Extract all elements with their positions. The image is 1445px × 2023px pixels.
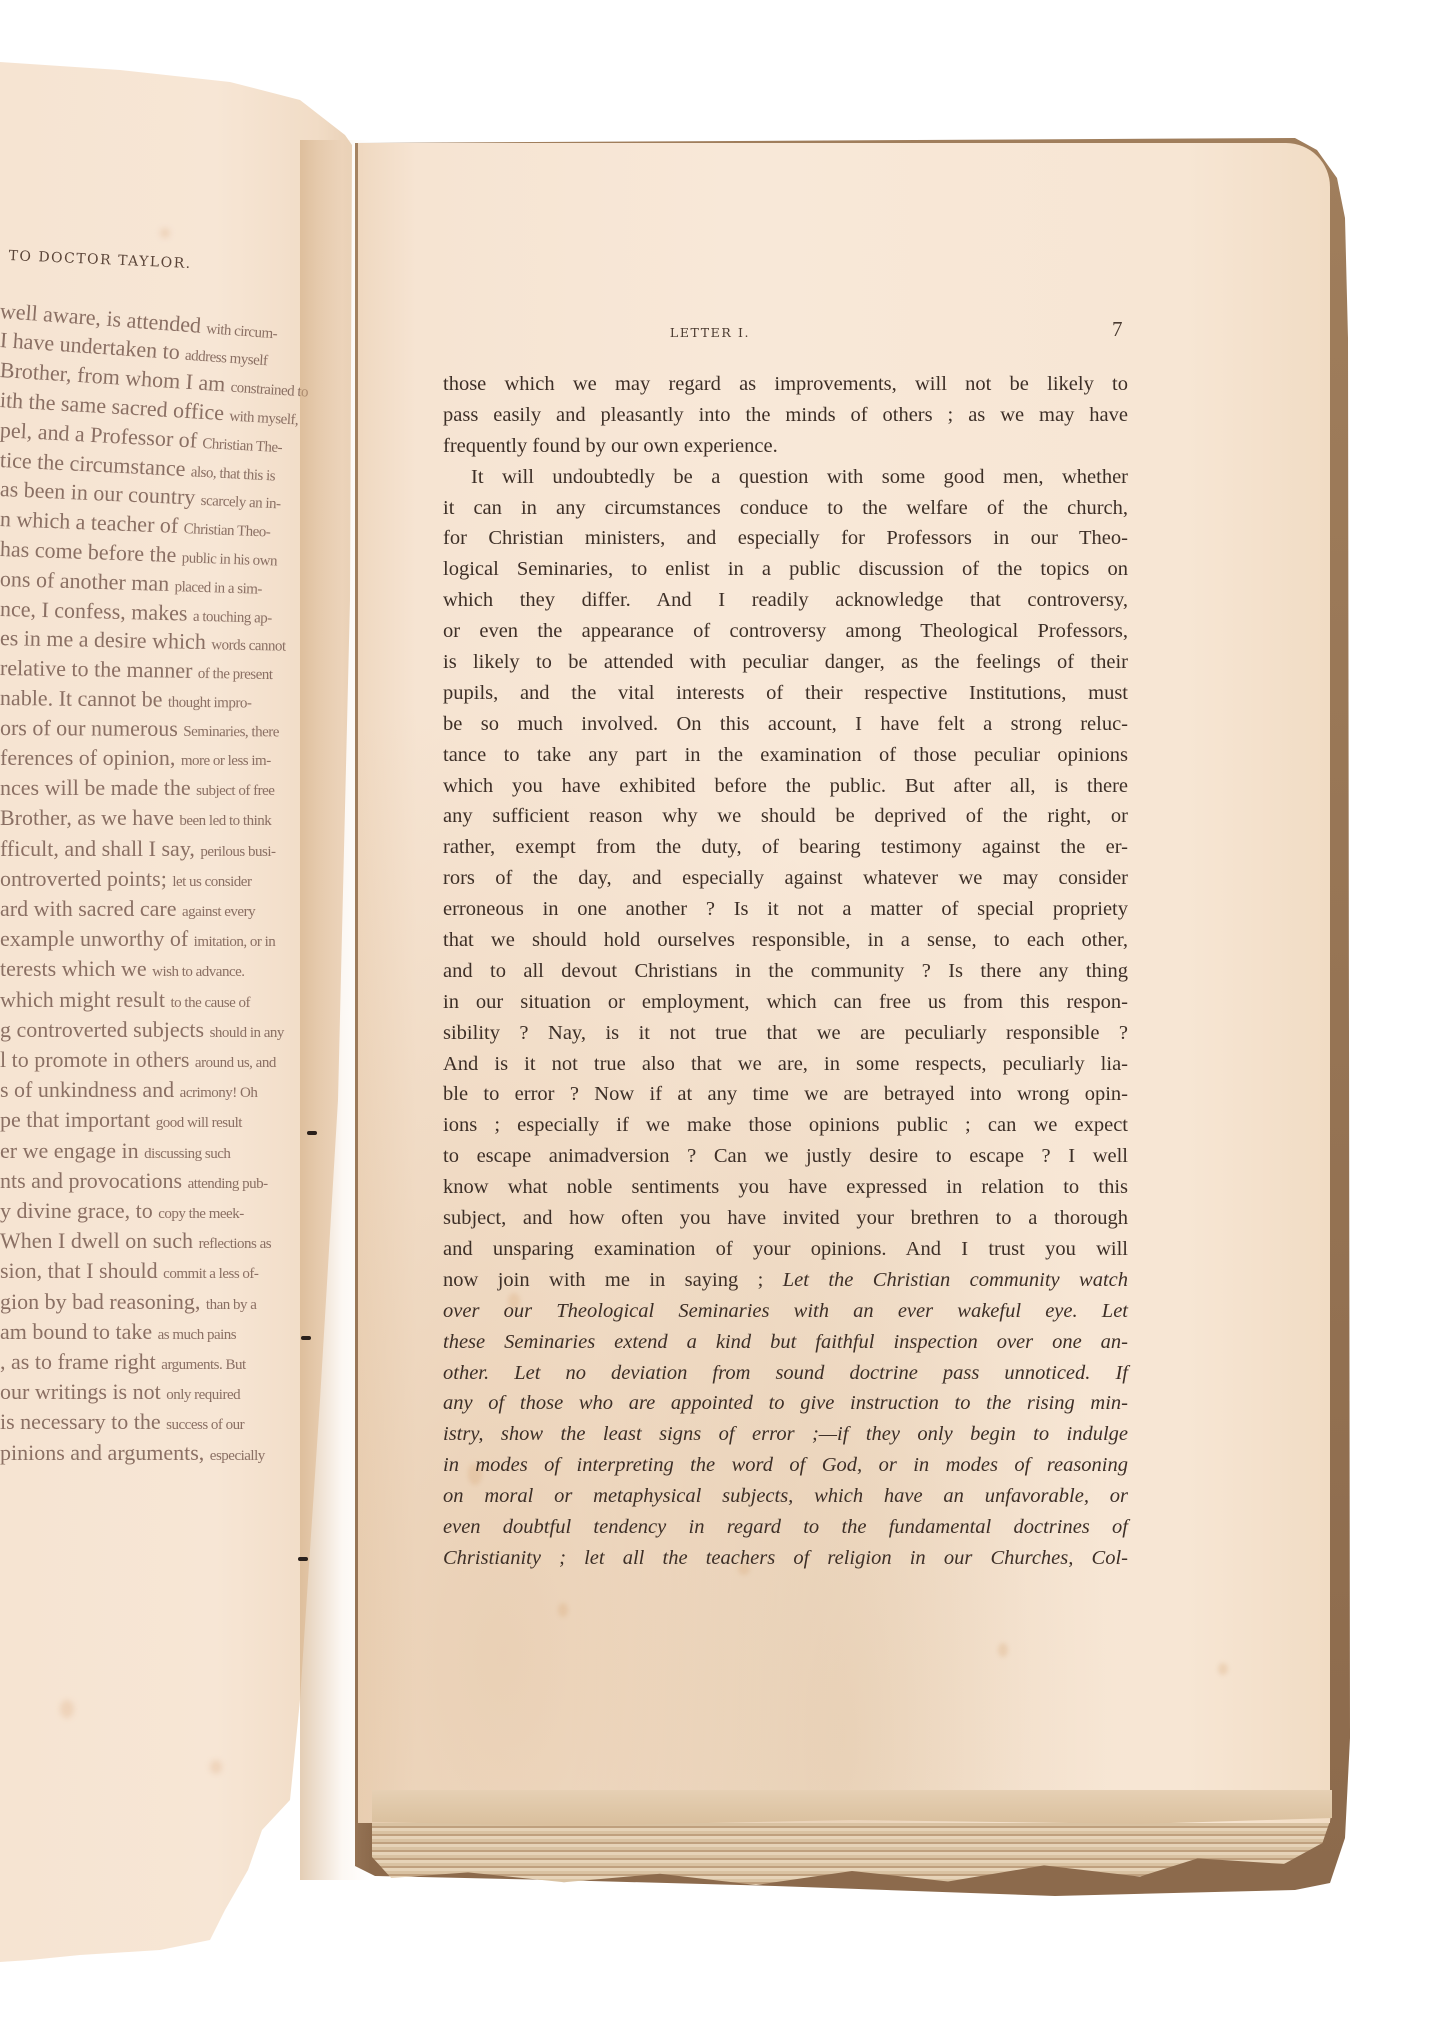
text-line: frequently found by our own experience. (443, 431, 1128, 462)
text-line: istry, show the least signs of error ;—i… (443, 1419, 1128, 1450)
body-text: those which we may regard as improvement… (443, 369, 1128, 1574)
stitch-hole (298, 1557, 308, 1561)
text-line: now join with me in saying ; Let the Chr… (443, 1265, 1128, 1296)
left-text-line: pe that important good will result (0, 1107, 317, 1133)
left-text-line: terests which we wish to advance. (0, 956, 337, 982)
stitch-hole (307, 1131, 317, 1135)
text-line: logical Seminaries, to enlist in a publi… (443, 554, 1128, 585)
text-line: rors of the day, and especially against … (443, 863, 1128, 894)
foxing-spot (160, 228, 170, 238)
text-line: ions ; especially if we make those opini… (443, 1110, 1128, 1141)
left-text-line: ferences of opinion, more or less im- (0, 745, 345, 771)
text-line: over our Theological Seminaries with an … (443, 1296, 1128, 1327)
text-line: erroneous in one another ? Is it not a m… (443, 894, 1128, 925)
text-line: ble to error ? Now if at any time we are… (443, 1079, 1128, 1110)
text-line: in modes of interpreting the word of God… (443, 1450, 1128, 1481)
text-line: any sufficient reason why we should be d… (443, 801, 1128, 832)
left-text-line: When I dwell on such reflections as (0, 1228, 301, 1254)
text-line: subject, and how often you have invited … (443, 1203, 1128, 1234)
foxing-spot (998, 1643, 1008, 1657)
text-line: that we should hold ourselves responsibl… (443, 925, 1128, 956)
text-line: it can in any circumstances conduce to t… (443, 493, 1128, 524)
left-running-head: TO DOCTOR TAYLOR. (8, 248, 192, 272)
text-line: on moral or metaphysical subjects, which… (443, 1481, 1128, 1512)
text-line: and to all devout Christians in the comm… (443, 956, 1128, 987)
open-book-photo: TO DOCTOR TAYLOR. well aware, is attende… (0, 0, 1445, 2023)
left-text-line: , as to frame right arguments. But (0, 1349, 285, 1375)
text-line: tance to take any part in the examinatio… (443, 740, 1128, 771)
text-line: in our situation or employment, which ca… (443, 987, 1128, 1018)
left-text-line: nable. It cannot be thought impro- (0, 685, 345, 714)
text-line: which they differ. And I readily acknowl… (443, 585, 1128, 616)
left-text-line: nce, I confess, makes a touching ap- (0, 596, 345, 630)
text-line: even doubtful tendency in regard to the … (443, 1512, 1128, 1543)
left-text-line: Brother, as we have been led to think (0, 805, 345, 831)
left-text-line: which might result to the cause of (0, 987, 333, 1013)
text-line: sibility ? Nay, is it not true that we a… (443, 1018, 1128, 1049)
left-text-line: ard with sacred care against every (0, 896, 345, 922)
left-page: TO DOCTOR TAYLOR. well aware, is attende… (0, 0, 360, 2023)
left-text-line: es in me a desire which words cannot (0, 625, 345, 658)
text-line: those which we may regard as improvement… (443, 369, 1128, 400)
left-text-line: sion, that I should commit a less of- (0, 1258, 297, 1284)
text-line: these Seminaries extend a kind but faith… (443, 1327, 1128, 1358)
foxing-spot (210, 1760, 222, 1774)
left-text-line: s of unkindness and acrimony! Oh (0, 1077, 321, 1103)
stitch-hole (301, 1336, 311, 1340)
text-line: Christianity ; let all the teachers of r… (443, 1543, 1128, 1574)
left-text-line: our writings is not only required (0, 1379, 281, 1405)
text-line: any of those who are appointed to give i… (443, 1388, 1128, 1419)
left-text-line: is necessary to the success of our (0, 1409, 277, 1435)
left-text-line: g controverted subjects should in any (0, 1017, 329, 1043)
foxing-spot (1218, 1663, 1228, 1675)
text-line: It will undoubtedly be a question with s… (443, 462, 1128, 493)
foxing-spot (558, 1603, 568, 1617)
left-text-line: y divine grace, to copy the meek- (0, 1198, 305, 1224)
left-text-line: nts and provocations attending pub- (0, 1168, 309, 1194)
text-line: rather, exempt from the duty, of bearing… (443, 832, 1128, 863)
text-line: pupils, and the vital interests of their… (443, 678, 1128, 709)
left-text-line: ontroverted points; let us consider (0, 866, 345, 892)
left-text-line: relative to the manner of the present (0, 655, 345, 686)
left-text-line: example unworthy of imitation, or in (0, 926, 341, 952)
text-line: and unsparing examination of your opinio… (443, 1234, 1128, 1265)
text-line: know what noble sentiments you have expr… (443, 1172, 1128, 1203)
left-text-line: gion by bad reasoning, than by a (0, 1289, 293, 1315)
left-text-line: pinions and arguments, especially (0, 1440, 273, 1466)
page-number: 7 (1112, 317, 1123, 342)
text-line: be so much involved. On this account, I … (443, 709, 1128, 740)
left-text-line: ors of our numerous Seminaries, there (0, 715, 345, 743)
text-line: is likely to be attended with peculiar d… (443, 647, 1128, 678)
italic-quote: Let the Christian community watch (763, 1269, 1128, 1291)
text-line: other. Let no deviation from sound doctr… (443, 1358, 1128, 1389)
left-text-line: am bound to take as much pains (0, 1319, 289, 1345)
text-line: And is it not true also that we are, in … (443, 1049, 1128, 1080)
text-line: pass easily and pleasantly into the mind… (443, 400, 1128, 431)
text-line: or even the appearance of controversy am… (443, 616, 1128, 647)
running-head: LETTER I. (650, 325, 770, 340)
left-text-line: fficult, and shall I say, perilous busi- (0, 836, 345, 862)
foxing-spot (60, 1700, 74, 1718)
left-text-line: nces will be made the subject of free (0, 775, 345, 801)
left-text-line: l to promote in others around us, and (0, 1047, 325, 1073)
text-line: to escape animadversion ? Can we justly … (443, 1141, 1128, 1172)
text-line: for Christian ministers, and especially … (443, 523, 1128, 554)
text-line: which you have exhibited before the publ… (443, 771, 1128, 802)
left-text-line: er we engage in discussing such (0, 1138, 313, 1164)
